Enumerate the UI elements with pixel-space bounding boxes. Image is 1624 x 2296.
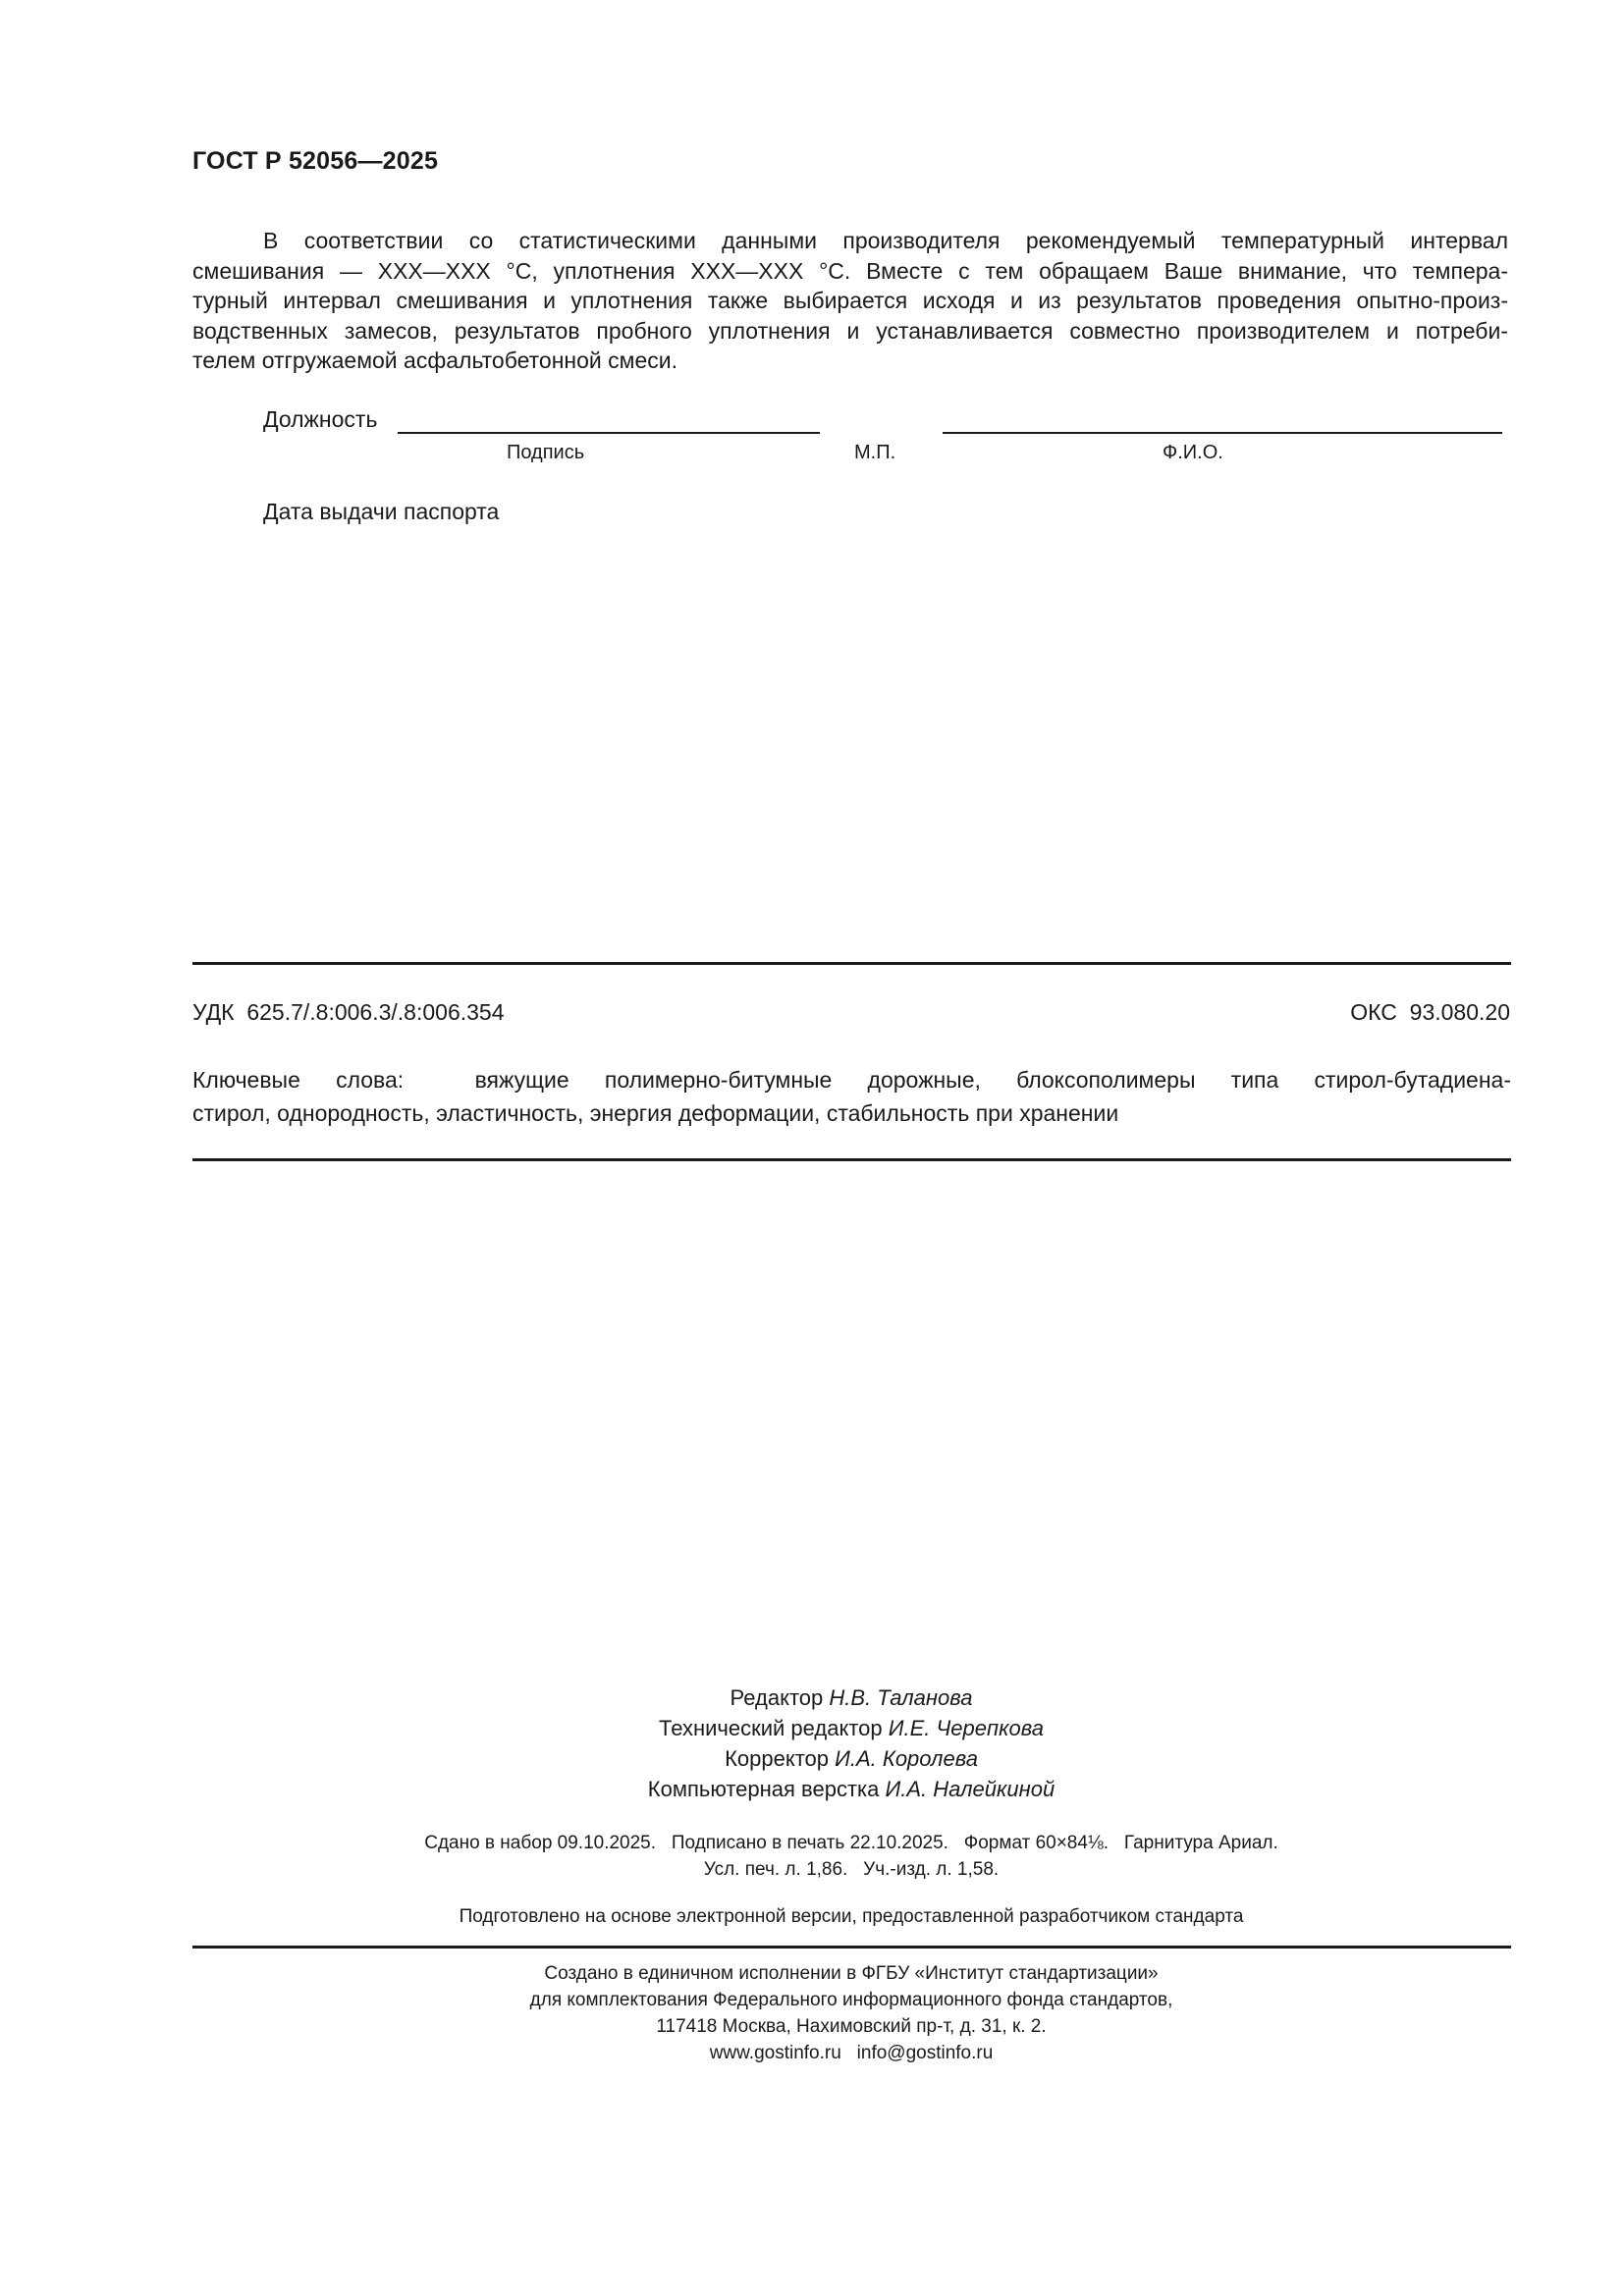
divider <box>192 962 1511 965</box>
credit-editor: Редактор Н.В. Таланова <box>0 1682 1624 1713</box>
credit-role: Технический редактор <box>659 1716 889 1740</box>
document-code: ГОСТ Р 52056—2025 <box>192 147 438 176</box>
oks-code: ОКС 93.080.20 <box>1350 999 1510 1026</box>
divider <box>192 1158 1511 1161</box>
credit-tech-editor: Технический редактор И.Е. Черепкова <box>0 1713 1624 1743</box>
paragraph-line: телем отгружаемой асфальтобетонной смеси… <box>192 346 1508 376</box>
publication-info: Сдано в набор 09.10.2025. Подписано в пе… <box>0 1830 1624 1883</box>
signature-field[interactable] <box>398 432 820 434</box>
imprint-line: 117418 Москва, Нахимовский пр-т, д. 31, … <box>0 2013 1624 2040</box>
email-link[interactable]: info@gostinfo.ru <box>857 2043 994 2063</box>
publication-line: Сдано в набор 09.10.2025. Подписано в пе… <box>0 1830 1624 1856</box>
paragraph-line: В соответствии со статистическими данным… <box>192 226 1508 256</box>
paragraph-line: смешивания — XXX—XXX °С, уплотнения XXX—… <box>192 256 1508 287</box>
website-link[interactable]: www.gostinfo.ru <box>710 2043 841 2063</box>
divider <box>192 1946 1511 1949</box>
temperature-paragraph: В соответствии со статистическими данным… <box>192 226 1508 376</box>
issue-date-label: Дата выдачи паспорта <box>263 499 499 525</box>
prepared-note: Подготовлено на основе электронной верси… <box>0 1906 1624 1928</box>
keywords: Ключевые слова: вяжущие полимерно-битумн… <box>192 1063 1511 1130</box>
imprint-line: для комплектования Федерального информац… <box>0 1987 1624 2013</box>
full-name-field[interactable] <box>943 432 1502 434</box>
imprint-line: Создано в единичном исполнении в ФГБУ «И… <box>0 1960 1624 1987</box>
credit-name: Н.В. Таланова <box>829 1685 972 1710</box>
credits-block: Редактор Н.В. Таланова Технический редак… <box>0 1682 1624 1804</box>
full-name-caption: Ф.И.О. <box>1163 442 1223 464</box>
paragraph-line: водственных замесов, результатов пробног… <box>192 316 1508 347</box>
position-label: Должность <box>263 406 377 433</box>
keywords-line: Ключевые слова: вяжущие полимерно-битумн… <box>192 1063 1511 1096</box>
credit-role: Редактор <box>731 1685 830 1710</box>
credit-name: И.Е. Черепкова <box>889 1716 1044 1740</box>
paragraph-line: турный интервал смешивания и уплотнения … <box>192 286 1508 316</box>
credit-name: И.А. Налейкиной <box>886 1777 1056 1801</box>
publication-line: Усл. печ. л. 1,86. Уч.-изд. л. 1,58. <box>0 1856 1624 1883</box>
signature-caption: Подпись <box>507 442 584 464</box>
credit-role: Корректор <box>725 1746 835 1771</box>
keywords-line: стирол, однородность, эластичность, энер… <box>192 1096 1511 1130</box>
stamp-caption: М.П. <box>854 442 895 464</box>
credit-layout: Компьютерная верстка И.А. Налейкиной <box>0 1774 1624 1804</box>
credit-name: И.А. Королева <box>835 1746 978 1771</box>
imprint-contacts: www.gostinfo.ru info@gostinfo.ru <box>0 2040 1624 2066</box>
credit-role: Компьютерная верстка <box>648 1777 886 1801</box>
imprint-block: Создано в единичном исполнении в ФГБУ «И… <box>0 1960 1624 2066</box>
udk-code: УДК 625.7/.8:006.3/.8:006.354 <box>192 999 505 1026</box>
credit-corrector: Корректор И.А. Королева <box>0 1743 1624 1774</box>
